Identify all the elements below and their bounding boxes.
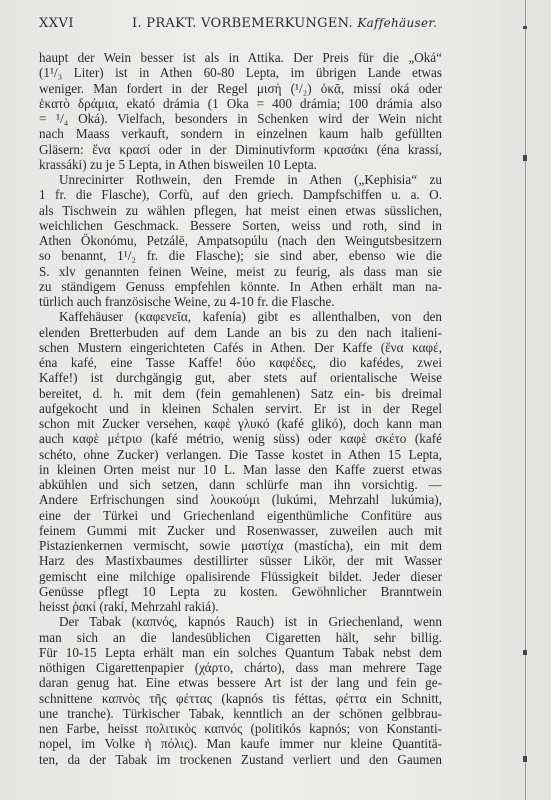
text-line: aufgekocht und in kleinen Schalen servir… xyxy=(39,401,442,416)
text-line: nen Farbe, heisst πολιτικὸς καπνός (poli… xyxy=(39,721,442,736)
text-line: feinem Gummi mit Zucker und Rosenwasser,… xyxy=(39,523,442,538)
text-line: 1 fr. die Flasche), Corfù, auf den griec… xyxy=(39,187,442,202)
text-line: in kleinen Orten meist nur 10 L. Man las… xyxy=(39,462,442,477)
text-line: nöthigen Cigarettenpapier (χάρτο, chárto… xyxy=(39,660,442,675)
text-line: une tranche). Türkischer Tabak, kenntlic… xyxy=(39,706,442,721)
text-line: Genüsse pflegt 10 Lepta zu kosten. Gewöh… xyxy=(39,584,442,599)
binding-mark xyxy=(523,756,527,762)
body-text: haupt der Wein besser ist als in Attika.… xyxy=(39,50,442,767)
text-line: weniger. Man fordert in der Regel μισὴ (… xyxy=(39,81,442,96)
text-line: Harz des Mastixbaumes destillirter süsse… xyxy=(39,553,442,568)
running-header: XXVI I. PRAKT. VORBEMERKUNGEN. Kaffehäus… xyxy=(39,16,479,34)
chapter-title: I. PRAKT. VORBEMERKUNGEN. xyxy=(132,16,353,31)
text-line: éna kafé, eine Tasse Kaffe! δύο καφέδες,… xyxy=(39,355,442,370)
text-line: (1¹/₃ Liter) ist in Athen 60-80 Lepta, i… xyxy=(39,65,442,80)
text-line: Andere Erfrischungen sind λουκούμι (lukú… xyxy=(39,492,442,507)
text-line: haupt der Wein besser ist als in Attika.… xyxy=(39,50,442,65)
text-line: eine der Türkei und Griechenland eigenth… xyxy=(39,508,442,523)
text-line: elenden Bretterbuden auf dem Lande an bi… xyxy=(39,325,442,340)
text-line: so benannt, 1¹/₂ fr. die Flasche); sie s… xyxy=(39,248,442,263)
text-line: man sich an die landesüblichen Cigarette… xyxy=(39,630,442,645)
text-line: Pistazienkernen vermischt, sowie μαστίχα… xyxy=(39,538,442,553)
text-line: heisst ῥακί (rakí, Mehrzahl rakiá). xyxy=(39,599,442,614)
text-line: bereitet, d. h. mit dem (fein gemahlenen… xyxy=(39,386,442,401)
text-line: ἑκατὸ δράμια, ekató drámia (1 Oka = 400 … xyxy=(39,96,442,111)
text-line: zu ständigem Genuss empfehlen könnte. In… xyxy=(39,279,442,294)
text-line: Für 10-15 Lepta erhält man ein solches Q… xyxy=(39,645,442,660)
text-line: gemischt eine milchige opalisirende Flüs… xyxy=(39,569,442,584)
text-line: abkühlen und sich setzen, dann schlürfe … xyxy=(39,477,442,492)
binding-mark xyxy=(523,26,527,29)
text-line: = ¹/₄ Oká). Vielfach, besonders in Schen… xyxy=(39,111,442,126)
text-line: daran genug hat. Eine etwas bessere Art … xyxy=(39,675,442,690)
binding-mark xyxy=(523,155,527,161)
text-line: ten, da der Tabak im trockenen Zustand v… xyxy=(39,752,442,767)
text-line: schon mit Zucker versehen, καφὲ γλυκό (k… xyxy=(39,416,442,431)
text-line: krassáki) zu je 5 Lepta, in Athen biswei… xyxy=(39,157,442,172)
page-number: XXVI xyxy=(39,16,74,31)
text-line: Kaffehäuser (καφενεῖα, kafenía) gibt es … xyxy=(39,309,442,324)
text-line: nopel, im Volke ἡ πόλις). Man kaufe imme… xyxy=(39,736,442,751)
binding-mark xyxy=(523,650,527,655)
text-line: Athen Ökonómu, Petzálē, Ampatsopúlu (nac… xyxy=(39,233,442,248)
section-title: Kaffehäuser. xyxy=(357,16,437,30)
text-line: Der Tabak (καπνός, kapnós Rauch) ist in … xyxy=(39,614,442,629)
text-line: weichlichen Geschmack. Bessere Sorten, w… xyxy=(39,218,442,233)
text-line: Kaffe!) ist durchgängig gut, aber stets … xyxy=(39,370,442,385)
text-line: schéto, ohne Zucker) verlangen. Die Tass… xyxy=(39,447,442,462)
text-line: auch καφὲ μέτριο (kafé métrio, wenig süs… xyxy=(39,431,442,446)
text-line: Unrecinirter Rothwein, den Fremde in Ath… xyxy=(39,172,442,187)
text-line: nach Maass verkauft, sondern in einzelne… xyxy=(39,126,442,141)
text-line: als Tischwein zu wählen pflegen, hat mei… xyxy=(39,203,442,218)
adjacent-page-edge xyxy=(526,0,551,800)
text-line: türlich auch französische Weine, zu 4-10… xyxy=(39,294,442,309)
text-line: schnittene καπνὸς τῆς φέττας (kapnós tis… xyxy=(39,691,442,706)
text-line: S. xlv genannten feinen Weine, meist zu … xyxy=(39,264,442,279)
book-page: XXVI I. PRAKT. VORBEMERKUNGEN. Kaffehäus… xyxy=(0,0,551,800)
text-line: schen Mustern eingerichteten Cafés in At… xyxy=(39,340,442,355)
page-binding-line xyxy=(525,0,526,800)
text-line: Gläsern: ἕνα κρασί oder in der Diminutiv… xyxy=(39,142,442,157)
running-title: I. PRAKT. VORBEMERKUNGEN. Kaffehäuser. xyxy=(132,16,437,31)
